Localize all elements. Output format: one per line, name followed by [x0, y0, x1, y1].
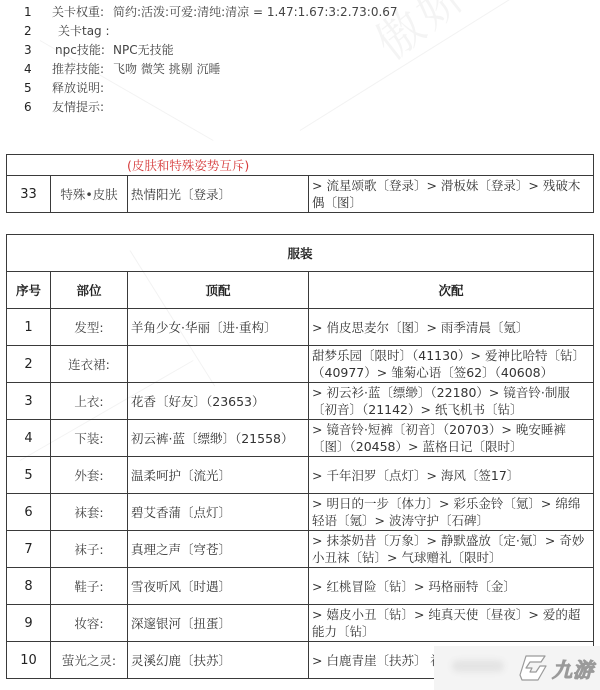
table-row: 3 上衣: 花香〔好友〕（23653） > 初云衫·蓝〔缥缈〕（22180）> …: [7, 383, 594, 420]
row-part: 外套:: [51, 457, 128, 494]
table-row: 8 鞋子: 雪夜听风〔时遇〕 > 红桃冒险〔钻〕> 玛格丽特〔金〕: [7, 568, 594, 605]
info-label: 关卡tag :: [58, 22, 110, 41]
table-row: 33 特殊•皮肤 热情阳光〔登录〕 > 流星颂歌〔登录〕> 滑板妹〔登录〕> 残…: [7, 176, 594, 213]
row-alternatives: > 嬉皮小丑〔钻〕> 纯真天使〔昼夜〕> 爱的超能力〔钻〕: [309, 605, 594, 642]
site-logo-overlay: 九游: [434, 646, 600, 690]
info-value: NPC无技能: [113, 41, 174, 60]
row-top-pick: 碧艾香蒲〔点灯〕: [128, 494, 309, 531]
info-index: 5: [24, 79, 36, 98]
table-row: 5 外套: 温柔呵护〔流光〕 > 千年汨罗〔点灯〕> 海风〔签17〕: [7, 457, 594, 494]
header-top-pick: 顶配: [128, 272, 309, 309]
table-title-row: 服装: [7, 235, 594, 272]
table-row: 6 袜套: 碧艾香蒲〔点灯〕 > 明日的一步〔体力〕> 彩乐金铃〔氪〕> 绵绵轻…: [7, 494, 594, 531]
row-part: 特殊•皮肤: [51, 176, 128, 213]
logo-text: 九游: [552, 654, 594, 683]
header-part: 部位: [51, 272, 128, 309]
row-index: 4: [7, 420, 51, 457]
row-index: 5: [7, 457, 51, 494]
info-label: 关卡权重:: [52, 3, 104, 22]
row-index: 3: [7, 383, 51, 420]
info-label: 释放说明:: [52, 79, 104, 98]
info-label: npc技能:: [55, 41, 105, 60]
row-part: 连衣裙:: [51, 346, 128, 383]
info-label: 友情提示:: [52, 98, 104, 117]
info-index: 3: [24, 41, 36, 60]
table-row: 4 下装: 初云裤·蓝〔缥缈〕（21558） > 镜音铃·短裤〔初音〕（2070…: [7, 420, 594, 457]
table-row: 9 妆容: 深邃银河〔扭蛋〕 > 嬉皮小丑〔钻〕> 纯真天使〔昼夜〕> 爱的超能…: [7, 605, 594, 642]
row-part: 萤光之灵:: [51, 642, 128, 679]
special-skin-table: (皮肤和特殊姿势互斥) 33 特殊•皮肤 热情阳光〔登录〕 > 流星颂歌〔登录〕…: [6, 154, 594, 213]
row-top-pick: [128, 346, 309, 383]
row-alternatives: > 抹茶奶昔〔万象〕> 静默盛放〔定·氪〕> 奇妙小丑袜〔钻〕> 气球赠礼〔限时…: [309, 531, 594, 568]
row-part: 下装:: [51, 420, 128, 457]
row-top-pick: 深邃银河〔扭蛋〕: [128, 605, 309, 642]
row-alternatives: > 明日的一步〔体力〕> 彩乐金铃〔氪〕> 绵绵轻语〔氪〕> 波涛守护〔石碑〕: [309, 494, 594, 531]
row-top-pick: 花香〔好友〕（23653）: [128, 383, 309, 420]
header-alternatives: 次配: [309, 272, 594, 309]
blurred-text: [452, 660, 504, 672]
row-top-pick: 初云裤·蓝〔缥缈〕（21558）: [128, 420, 309, 457]
row-alternatives: > 红桃冒险〔钻〕> 玛格丽特〔金〕: [309, 568, 594, 605]
logo-g-icon: [518, 653, 548, 683]
info-value: 简约:活泼:可爱:清纯:清凉 = 1.47:1.67:3:2.73:0.67: [113, 3, 398, 22]
row-index: 10: [7, 642, 51, 679]
row-top-pick: 真理之声〔穹苍〕: [128, 531, 309, 568]
row-index: 7: [7, 531, 51, 568]
row-alternatives: > 俏皮思麦尔〔图〕> 雨季清晨〔氪〕: [309, 309, 594, 346]
row-index: 2: [7, 346, 51, 383]
row-part: 妆容:: [51, 605, 128, 642]
row-part: 袜子:: [51, 531, 128, 568]
table-header-row: 序号 部位 顶配 次配: [7, 272, 594, 309]
row-top-pick: 羊角少女·华丽〔进·重构〕: [128, 309, 309, 346]
info-value: 飞吻 微笑 挑剔 沉睡: [113, 60, 220, 79]
info-index: 2: [24, 22, 36, 41]
row-part: 发型:: [51, 309, 128, 346]
info-index: 6: [24, 98, 36, 117]
row-index: 6: [7, 494, 51, 531]
table-row: 1 发型: 羊角少女·华丽〔进·重构〕 > 俏皮思麦尔〔图〕> 雨季清晨〔氪〕: [7, 309, 594, 346]
row-top-pick: 温柔呵护〔流光〕: [128, 457, 309, 494]
row-alternatives: > 千年汨罗〔点灯〕> 海风〔签17〕: [309, 457, 594, 494]
info-index: 1: [24, 3, 36, 22]
info-label: 推荐技能:: [52, 60, 104, 79]
row-top-pick: 雪夜听风〔时遇〕: [128, 568, 309, 605]
row-index: 8: [7, 568, 51, 605]
row-top-pick: 热情阳光〔登录〕: [128, 176, 309, 213]
table-title: 服装: [7, 235, 594, 272]
row-top-pick: 灵溪幻鹿〔扶苏〕: [128, 642, 309, 679]
site-logo: 九游: [518, 653, 594, 683]
row-alternatives: > 流星颂歌〔登录〕> 滑板妹〔登录〕> 残破木偶〔图〕: [309, 176, 594, 213]
row-alternatives: > 初云衫·蓝〔缥缈〕（22180）> 镜音铃·制服〔初音〕（21142）> 纸…: [309, 383, 594, 420]
header-index: 序号: [7, 272, 51, 309]
row-index: 9: [7, 605, 51, 642]
row-alternatives: > 镜音铃·短裤〔初音〕（20703）> 晚安睡裤〔图〕（20458）> 蓝格日…: [309, 420, 594, 457]
table-row: 2 连衣裙: 甜梦乐园〔限时〕（41130）> 爱神比哈特〔钻〕（40977）>…: [7, 346, 594, 383]
row-alternatives: 甜梦乐园〔限时〕（41130）> 爱神比哈特〔钻〕（40977）> 雏菊心语〔签…: [309, 346, 594, 383]
exclusion-note-row: (皮肤和特殊姿势互斥): [7, 155, 594, 176]
row-part: 袜套:: [51, 494, 128, 531]
row-part: 上衣:: [51, 383, 128, 420]
table-row: 7 袜子: 真理之声〔穹苍〕 > 抹茶奶昔〔万象〕> 静默盛放〔定·氪〕> 奇妙…: [7, 531, 594, 568]
row-index: 1: [7, 309, 51, 346]
info-index: 4: [24, 60, 36, 79]
row-index: 33: [7, 176, 51, 213]
clothing-table: 服装 序号 部位 顶配 次配 1 发型: 羊角少女·华丽〔进·重构〕 > 俏皮思…: [6, 234, 594, 679]
row-part: 鞋子:: [51, 568, 128, 605]
exclusion-note: (皮肤和特殊姿势互斥): [7, 155, 594, 176]
